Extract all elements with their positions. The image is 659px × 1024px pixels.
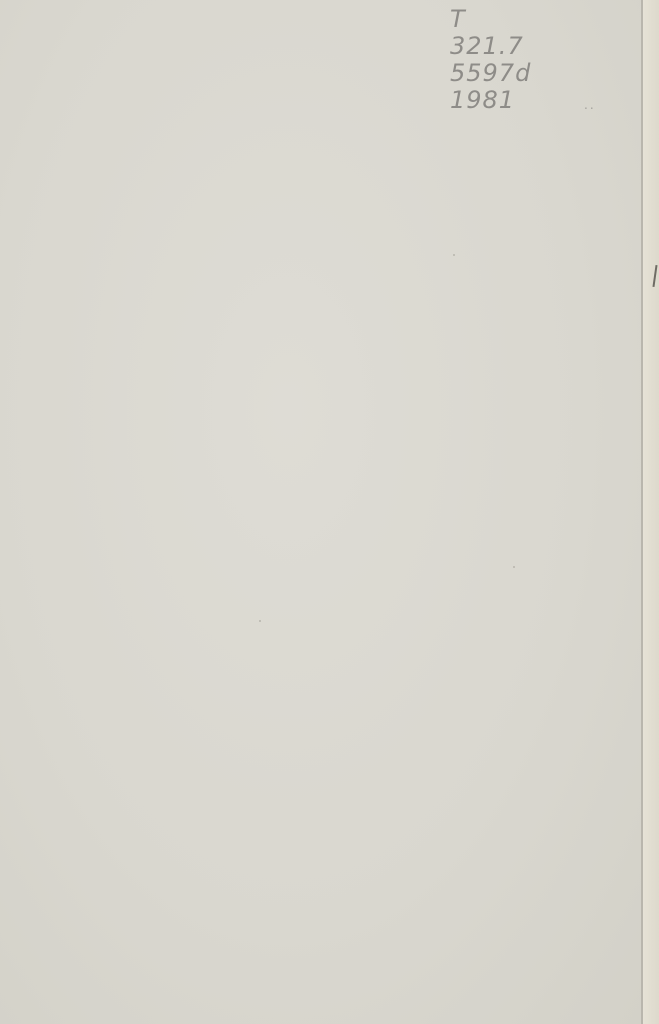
paper-speck (513, 566, 515, 568)
call-number-line-1: T (450, 6, 531, 33)
facing-page-edge (643, 0, 659, 1024)
book-page: T 321.7 5597d 1981 .. (0, 0, 641, 1024)
paper-speck (453, 254, 455, 256)
call-number-line-4: 1981 (450, 87, 531, 114)
handwritten-call-number: T 321.7 5597d 1981 (450, 6, 531, 114)
call-number-line-3: 5597d (450, 60, 531, 87)
pencil-mark: .. (584, 98, 596, 112)
paper-speck (259, 620, 261, 622)
bleed-through-text (125, 458, 475, 478)
call-number-line-2: 321.7 (450, 33, 531, 60)
